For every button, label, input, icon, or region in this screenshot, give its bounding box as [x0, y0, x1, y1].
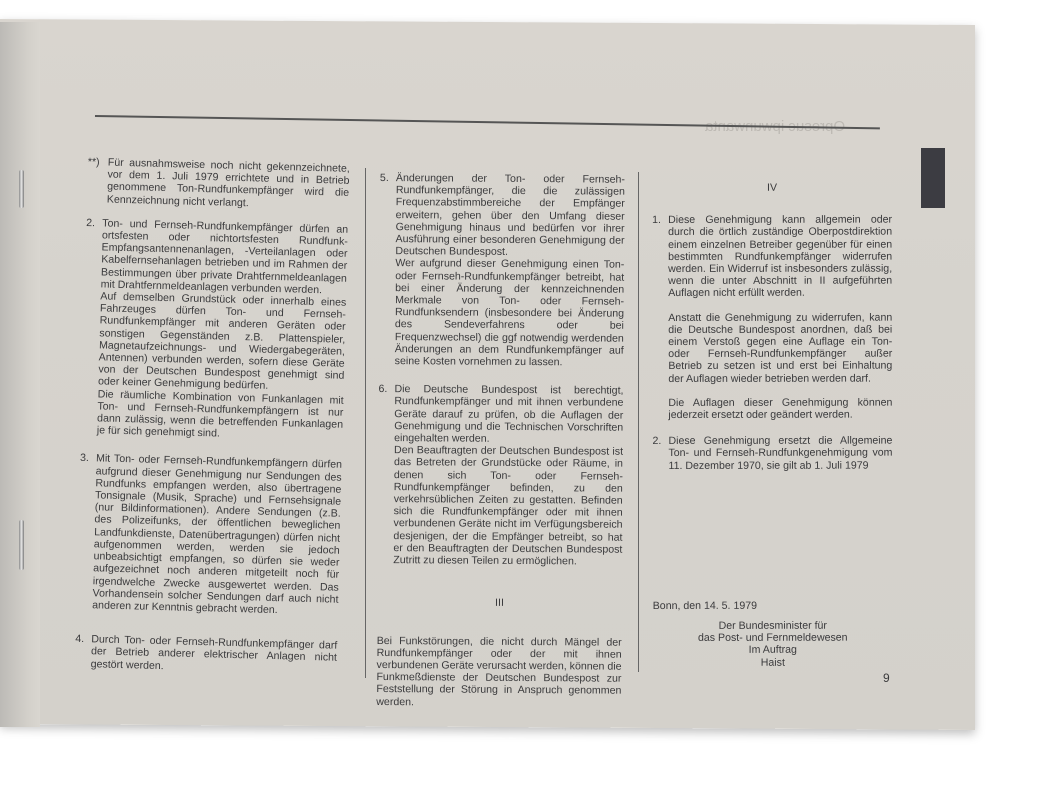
signature-line: Im Auftrag — [653, 644, 893, 657]
clause-number: 2. — [652, 435, 661, 447]
signature-line: Der Bundesminister für — [653, 620, 893, 633]
clause-number: 4. — [75, 633, 84, 645]
staple-bottom — [19, 520, 24, 570]
section-iii-text: Bei Funkstörungen, die nicht durch Mänge… — [376, 634, 622, 709]
section-heading-iv: IV — [652, 182, 892, 195]
clause-paragraph: Anstatt die Genehmigung zu widerrufen, k… — [668, 311, 892, 385]
clause-paragraph: Die Deutsche Bundespost ist berechtigt, … — [394, 383, 623, 446]
clause-paragraph: Die räumliche Kombination von Funkanlage… — [97, 388, 344, 443]
booklet-spine — [0, 22, 40, 727]
clause-number: 3. — [80, 452, 89, 464]
signature-block: Der Bundesminister für das Post- und Fer… — [653, 620, 893, 669]
clause-iv-1: 1. Diese Genehmigung kann allgemein oder… — [652, 214, 892, 421]
clause-3: 3. Mit Ton- oder Fernseh-Rundfunkempfäng… — [76, 452, 342, 617]
clause-paragraph: Wer aufgrund dieser Genehmigung einen To… — [395, 258, 625, 369]
clause-2: 2. Ton- und Fernseh-Rundfunkempfänger dü… — [81, 217, 349, 443]
column-divider-1 — [365, 168, 366, 678]
thumb-index-tab — [921, 148, 945, 208]
clause-number: 2. — [86, 217, 95, 229]
clause-number: 6. — [378, 383, 387, 395]
clause-number: 1. — [652, 214, 661, 226]
place-date: Bonn, den 14. 5. 1979 — [653, 599, 893, 612]
section-heading-iii: III — [377, 596, 622, 610]
staple-top — [19, 170, 24, 208]
signature-line: Haist — [653, 656, 893, 669]
column-middle: 5. Änderungen der Ton- oder Fernseh-Rund… — [376, 172, 625, 709]
clause-paragraph: Den Beauftragten der Deutschen Bundespos… — [393, 444, 623, 568]
clause-5: 5. Änderungen der Ton- oder Fernseh-Rund… — [379, 172, 625, 369]
clause-paragraph: Ton- und Fernseh-Rundfunkempfänger dürfe… — [100, 217, 348, 297]
clause-paragraph: Diese Genehmigung kann allgemein oder du… — [668, 214, 892, 300]
clause-paragraph: Durch Ton- oder Fernseh-Rundfunkempfänge… — [91, 633, 338, 676]
signature-line: das Post- und Fernmeldewesen — [653, 632, 893, 645]
footnote-marker: **) — [88, 156, 100, 169]
footnote: **) Für ausnahmsweise noch nicht gekennz… — [87, 156, 350, 212]
clause-iv-2: 2. Diese Genehmigung ersetzt die Allgeme… — [652, 435, 892, 472]
clause-paragraph: Änderungen der Ton- oder Fernseh-Rundfun… — [395, 172, 625, 259]
page-number: 9 — [883, 671, 890, 685]
clause-6: 6. Die Deutsche Bundespost ist berechtig… — [377, 383, 623, 568]
clause-4: 4. Durch Ton- oder Fernseh-Rundfunkempfä… — [75, 633, 338, 676]
clause-paragraph: Diese Genehmigung ersetzt die Allgemeine… — [668, 435, 892, 472]
clause-paragraph: Die Auflagen dieser Genehmigung können j… — [668, 396, 892, 421]
column-right: IV 1. Diese Genehmigung kann allgemein o… — [652, 182, 893, 669]
footnote-text: Für ausnahmsweise noch nicht gekennzeich… — [103, 156, 350, 211]
clause-paragraph: Mit Ton- oder Fernseh-Rundfunkempfängern… — [92, 453, 342, 618]
clause-paragraph: Auf demselben Grundstück oder innerhalb … — [98, 290, 346, 394]
clause-number: 5. — [380, 172, 389, 184]
column-divider-2 — [638, 172, 639, 672]
column-left: **) Für ausnahmsweise noch nicht gekennz… — [74, 156, 350, 688]
